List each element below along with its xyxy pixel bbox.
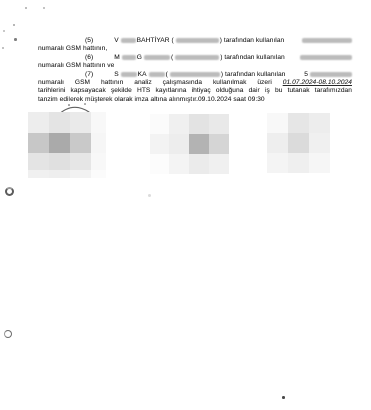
redaction-surname-7 bbox=[149, 72, 165, 77]
mosaic-cell bbox=[49, 112, 70, 133]
mosaic-cell bbox=[209, 134, 229, 154]
hole-punch-top bbox=[5, 187, 14, 196]
document-line-item6: (6) M G ( ) tarafından kullanılan bbox=[38, 53, 352, 62]
document-line-closing-2: tarihlerini kapsayacak şekilde HTS kayıt… bbox=[38, 87, 352, 96]
item7-paren: ( bbox=[166, 71, 168, 79]
mosaic-cell bbox=[91, 133, 106, 153]
scan-speck bbox=[68, 104, 70, 106]
mosaic-cell bbox=[169, 114, 189, 134]
mosaic-cell bbox=[70, 170, 91, 178]
mosaic-cell bbox=[267, 133, 288, 153]
scanned-document-page: (5) V BAHTİYAR ( ) tarafından kullanılan… bbox=[0, 0, 371, 410]
item7-phone-prefix: 5 bbox=[304, 71, 308, 79]
mosaic-cell bbox=[169, 154, 189, 174]
document-line-item7: (7) S KA ( ) tarafından kullanılan 5 bbox=[38, 70, 352, 79]
mosaic-cell bbox=[70, 153, 91, 170]
hole-punch-bottom bbox=[4, 330, 12, 338]
item6-number: (6) bbox=[85, 54, 93, 62]
item6-surname-initial: G bbox=[137, 54, 142, 62]
redaction-id-number-6 bbox=[175, 55, 219, 60]
scan-speck bbox=[282, 396, 285, 399]
item6-tail: ) tarafından kullanılan bbox=[220, 54, 285, 62]
mosaic-cell bbox=[309, 133, 330, 153]
item7-first-initial: S bbox=[114, 71, 118, 79]
scan-speck bbox=[2, 47, 4, 49]
mosaic-cell bbox=[49, 153, 70, 170]
mosaic-cell bbox=[28, 170, 49, 178]
scan-speck bbox=[84, 103, 86, 105]
redaction-first-name-6 bbox=[122, 55, 136, 60]
scan-speck bbox=[14, 38, 17, 41]
closing-text-1: numaralı GSM hattının analiz çalışmasınd… bbox=[38, 79, 283, 86]
mosaic-cell bbox=[288, 133, 309, 153]
mosaic-cell bbox=[169, 134, 189, 154]
mosaic-cell bbox=[91, 153, 106, 170]
mosaic-cell bbox=[70, 112, 91, 133]
mosaic-cell bbox=[70, 133, 91, 153]
mosaic-cell bbox=[28, 133, 49, 153]
mosaic-cell bbox=[267, 153, 288, 173]
mosaic-cell bbox=[309, 153, 330, 173]
mosaic-cell bbox=[49, 170, 70, 178]
item5-surname: BAHTİYAR ( bbox=[137, 37, 174, 45]
mosaic-cell bbox=[28, 153, 49, 170]
mosaic-cell bbox=[209, 154, 229, 174]
redaction-phone-7 bbox=[310, 72, 352, 77]
redaction-phone-5 bbox=[302, 38, 352, 43]
mosaic-cell bbox=[189, 154, 209, 174]
scan-speck bbox=[3, 30, 5, 32]
document-line-item5: (5) V BAHTİYAR ( ) tarafından kullanılan bbox=[38, 36, 352, 45]
mosaic-cell bbox=[91, 112, 106, 133]
item7-surname-prefix: KA bbox=[138, 71, 147, 79]
redaction-id-number-5 bbox=[176, 38, 219, 43]
scan-speck bbox=[25, 7, 27, 9]
redaction-first-name-5 bbox=[121, 38, 136, 43]
mosaic-cell bbox=[189, 114, 209, 134]
item6-first-initial: M bbox=[114, 54, 120, 62]
mosaic-cell bbox=[150, 154, 169, 174]
mosaic-cell bbox=[309, 113, 330, 133]
item7-tail: ) tarafından kullanılan bbox=[221, 71, 286, 79]
mosaic-cell bbox=[91, 170, 106, 178]
item6-paren: ( bbox=[171, 54, 173, 62]
item5-first-initial: V bbox=[114, 37, 118, 45]
item5-tail: ) tarafından kullanılan bbox=[220, 37, 285, 45]
mosaic-cell bbox=[150, 114, 169, 134]
scan-speck bbox=[43, 7, 45, 9]
redaction-id-number-7 bbox=[170, 72, 220, 77]
redaction-phone-6 bbox=[300, 55, 352, 60]
mosaic-cell bbox=[28, 112, 49, 133]
redaction-first-name-7 bbox=[121, 72, 137, 77]
scan-speck bbox=[148, 194, 151, 197]
item5-number: (5) bbox=[85, 37, 93, 45]
mosaic-cell bbox=[189, 134, 209, 154]
scan-speck bbox=[13, 24, 15, 26]
mosaic-cell bbox=[288, 153, 309, 173]
item7-number: (7) bbox=[85, 71, 93, 79]
redaction-surname-6 bbox=[144, 55, 170, 60]
mosaic-cell bbox=[288, 113, 309, 133]
mosaic-cell bbox=[150, 134, 169, 154]
redacted-signature-block-1 bbox=[28, 112, 106, 178]
mosaic-cell bbox=[49, 133, 70, 153]
mosaic-cell bbox=[267, 113, 288, 133]
redacted-signature-block-3 bbox=[267, 113, 330, 173]
hts-date-range: 01.07.2024-08.10.2024 bbox=[283, 79, 352, 86]
redacted-signature-block-2 bbox=[150, 114, 229, 174]
mosaic-cell bbox=[209, 114, 229, 134]
